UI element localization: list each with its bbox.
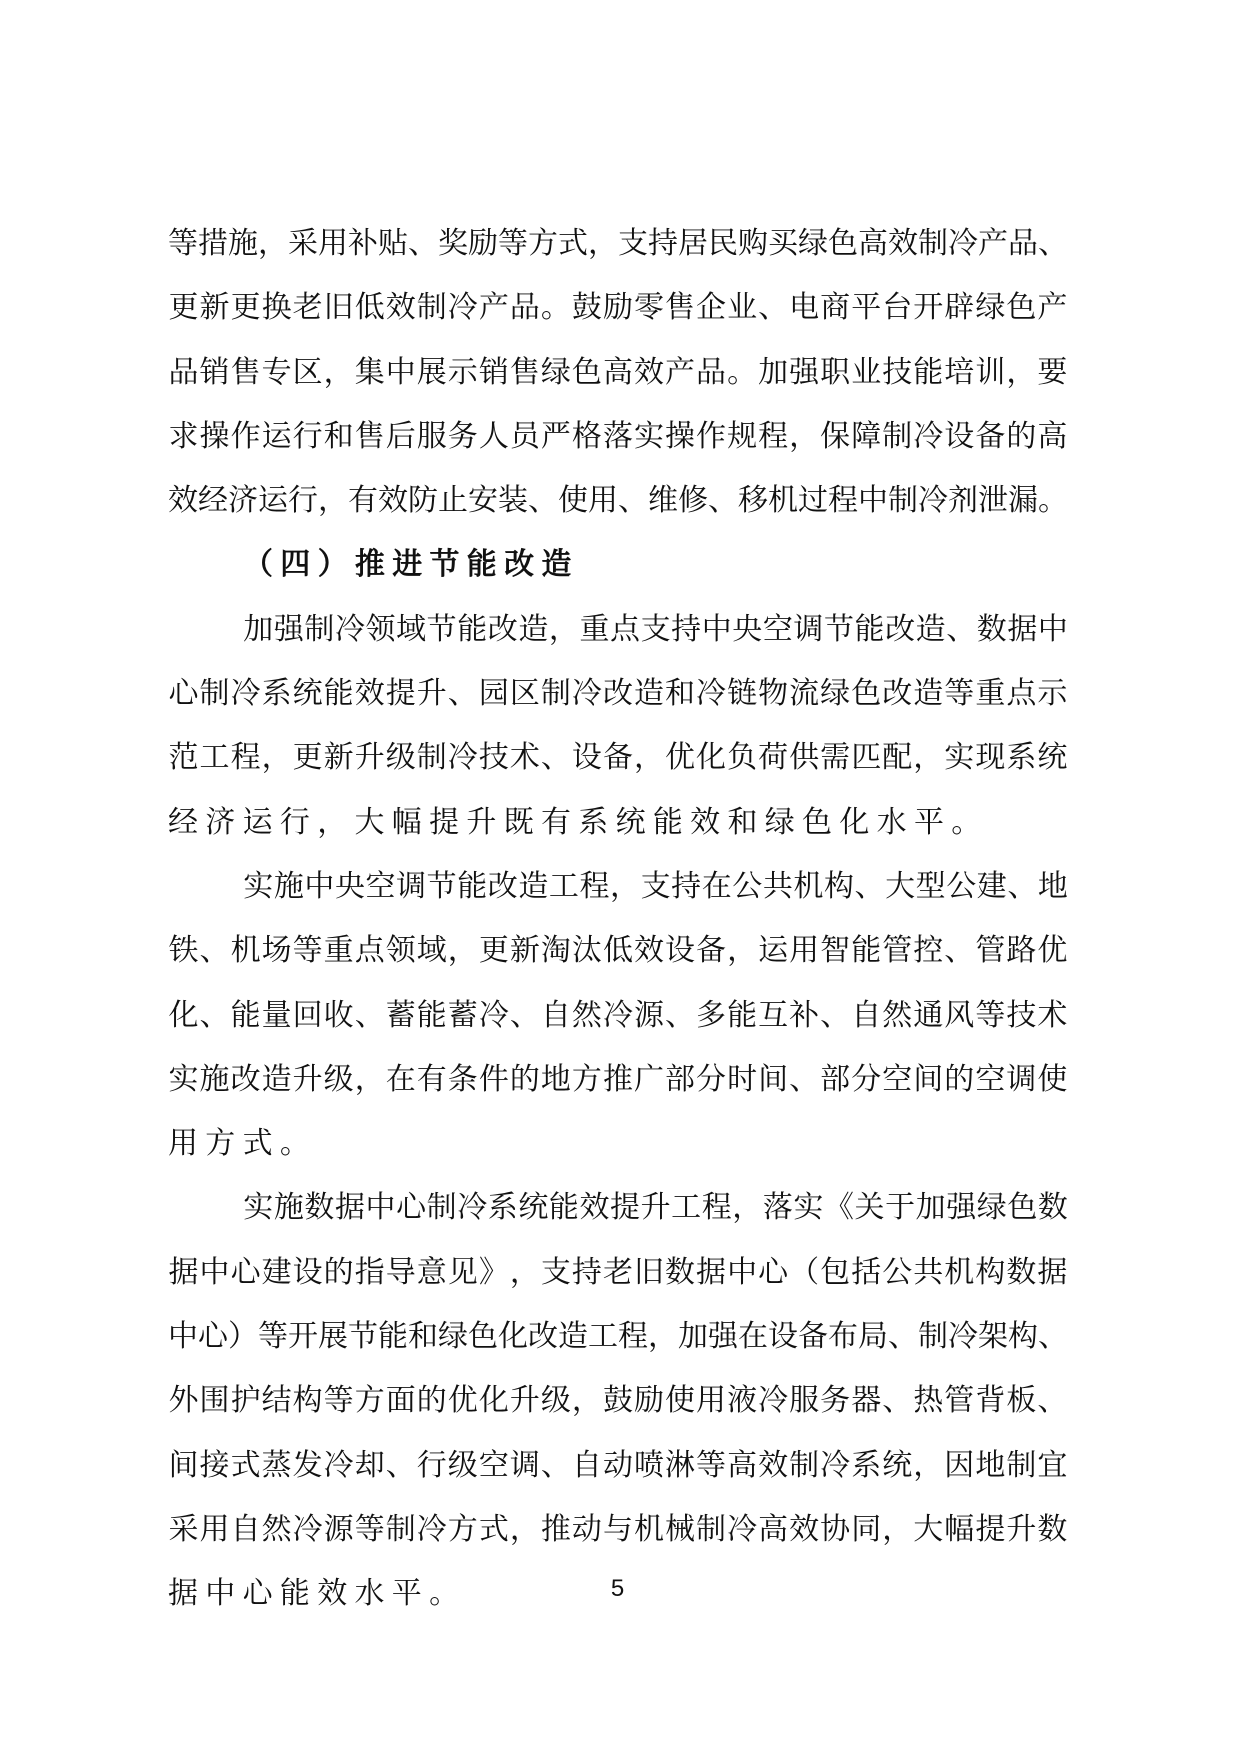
text-line: 外围护结构等方面的优化升级，鼓励使用液冷服务器、热管背板、	[168, 1379, 1068, 1443]
text-line: 实施中央空调节能改造工程，支持在公共机构、大型公建、地	[168, 865, 1068, 929]
text-line: 中心）等开展节能和绿色化改造工程，加强在设备布局、制冷架构、	[168, 1315, 1068, 1379]
text-line: 实施数据中心制冷系统能效提升工程，落实《关于加强绿色数	[168, 1186, 1068, 1250]
text-line: 化、能量回收、蓄能蓄冷、自然冷源、多能互补、自然通风等技术	[168, 994, 1068, 1058]
section-heading: （四）推进节能改造	[168, 543, 1068, 607]
text-line: 品销售专区，集中展示销售绿色高效产品。加强职业技能培训，要	[168, 351, 1068, 415]
text-line: 据中心建设的指导意见》，支持老旧数据中心（包括公共机构数据	[168, 1251, 1068, 1315]
text-line: 求操作运行和售后服务人员严格落实操作规程，保障制冷设备的高	[168, 415, 1068, 479]
text-line: 心制冷系统能效提升、园区制冷改造和冷链物流绿色改造等重点示	[168, 672, 1068, 736]
text-line: 加强制冷领域节能改造，重点支持中央空调节能改造、数据中	[168, 608, 1068, 672]
text-line: 等措施，采用补贴、奖励等方式，支持居民购买绿色高效制冷产品、	[168, 222, 1068, 286]
text-line: 效经济运行，有效防止安装、使用、维修、移机过程中制冷剂泄漏。	[168, 479, 1068, 543]
text-line: 实施改造升级，在有条件的地方推广部分时间、部分空间的空调使	[168, 1058, 1068, 1122]
text-line: 间接式蒸发冷却、行级空调、自动喷淋等高效制冷系统，因地制宜	[168, 1444, 1068, 1508]
text-line: 更新更换老旧低效制冷产品。鼓励零售企业、电商平台开辟绿色产	[168, 286, 1068, 350]
text-line: 采用自然冷源等制冷方式，推动与机械制冷高效协同，大幅提升数	[168, 1508, 1068, 1572]
text-line: 经济运行，大幅提升既有系统能效和绿色化水平。	[168, 801, 1068, 865]
body-text: 等措施，采用补贴、奖励等方式，支持居民购买绿色高效制冷产品、更新更换老旧低效制冷…	[168, 222, 1068, 1637]
document-page: 等措施，采用补贴、奖励等方式，支持居民购买绿色高效制冷产品、更新更换老旧低效制冷…	[0, 0, 1235, 1749]
text-line: 范工程，更新升级制冷技术、设备，优化负荷供需匹配，实现系统	[168, 736, 1068, 800]
text-line: 用方式。	[168, 1122, 1068, 1186]
text-line: 铁、机场等重点领域，更新淘汰低效设备，运用智能管控、管路优	[168, 929, 1068, 993]
page-number: 5	[0, 1575, 1235, 1603]
